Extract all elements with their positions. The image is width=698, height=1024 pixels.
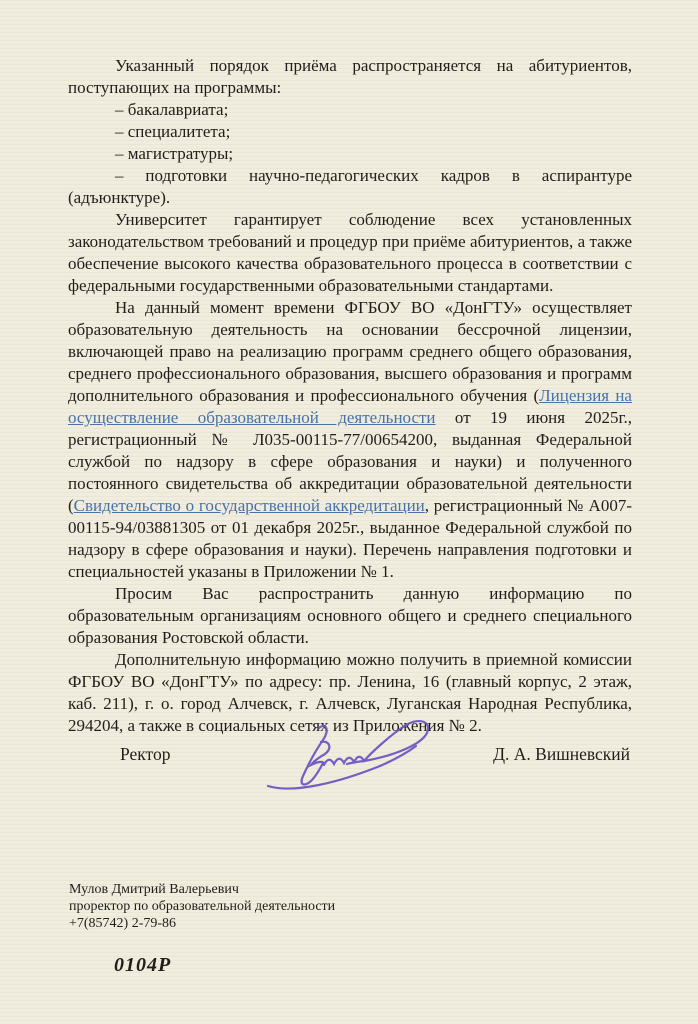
document-page: Указанный порядок приёма распространяетс… <box>0 0 698 1024</box>
paragraph-additional-info: Дополнительную информацию можно получить… <box>68 649 632 737</box>
signer-position-label: Ректор <box>120 743 170 765</box>
signer-name: Д. А. Вишневский <box>493 743 630 765</box>
paragraph-request: Просим Вас распространить данную информа… <box>68 583 632 649</box>
signature-row: Ректор Д. А. Вишневский <box>68 743 632 765</box>
paragraph-intro: Указанный порядок приёма распространяетс… <box>68 55 632 99</box>
contact-name: Мулов Дмитрий Валерьевич <box>69 881 335 898</box>
letter-body: Указанный порядок приёма распространяетс… <box>68 55 632 737</box>
paragraph-guarantee: Университет гарантирует соблюдение всех … <box>68 209 632 297</box>
contact-role: проректор по образовательной деятельност… <box>69 898 335 915</box>
list-item-specialist: – специалитета; <box>68 121 632 143</box>
list-item-postgraduate: – подготовки научно-педагогических кадро… <box>68 165 632 209</box>
contact-phone: +7(85742) 2-79-86 <box>69 915 335 932</box>
list-item-master: – магистратуры; <box>68 143 632 165</box>
paragraph-license: На данный момент времени ФГБОУ ВО «ДонГТ… <box>68 297 632 583</box>
accreditation-link[interactable]: Свидетельство о государственной аккредит… <box>74 496 425 515</box>
contact-block: Мулов Дмитрий Валерьевич проректор по об… <box>69 881 335 932</box>
document-code: 0104P <box>114 954 171 977</box>
list-item-bachelor: – бакалавриата; <box>68 99 632 121</box>
